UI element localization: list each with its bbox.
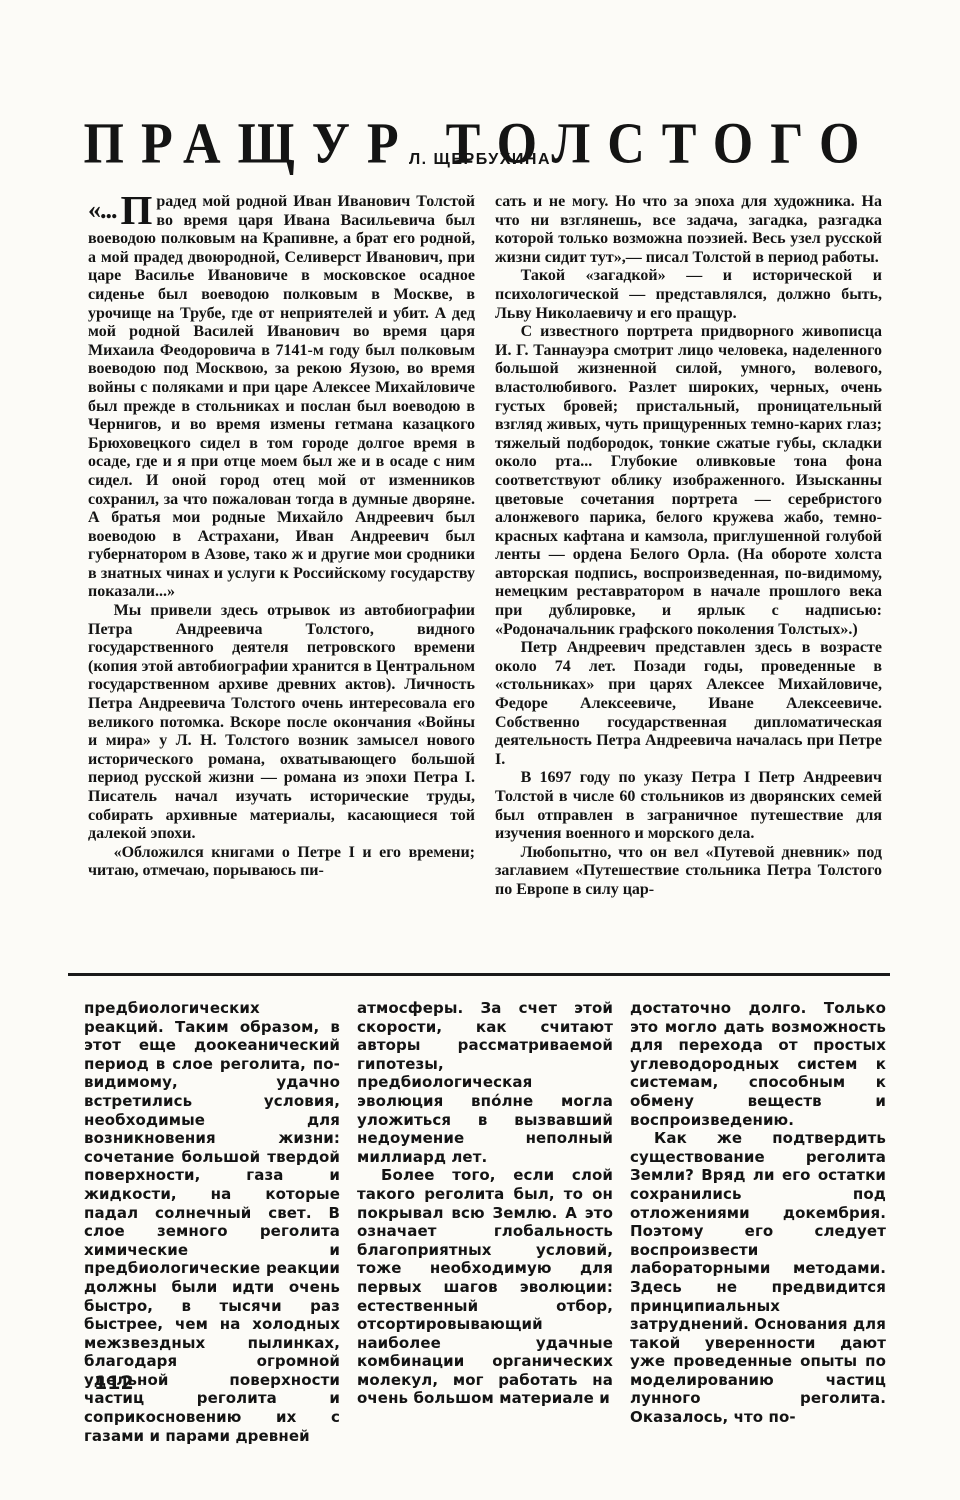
paragraph: Мы привели здесь отрывок из автобиографи… bbox=[88, 602, 475, 844]
bottom-column-3: достаточно долго. Только это могло дать … bbox=[630, 999, 886, 1445]
paragraph: С известного портрета придворного живопи… bbox=[495, 323, 882, 639]
bottom-article-section: предбиологических реакций. Таким образом… bbox=[84, 999, 886, 1445]
page-number: 112 bbox=[94, 1372, 134, 1394]
paragraph: атмосферы. За счет этой скорости, как сч… bbox=[357, 999, 613, 1166]
drop-cap: П bbox=[121, 193, 153, 228]
paragraph: Петр Андреевич представлен здесь в возра… bbox=[495, 639, 882, 769]
article-column-right: сать и не могу. Но что за эпоха для худо… bbox=[495, 193, 882, 900]
section-divider-rule bbox=[68, 973, 890, 976]
opening-quote-mark: «... bbox=[88, 193, 117, 227]
lead-paragraph-text: радед мой родной Иван Иванович Толстой в… bbox=[88, 193, 475, 600]
paragraph: сать и не могу. Но что за эпоха для худо… bbox=[495, 193, 882, 267]
article-column-left: «...Прадед мой родной Иван Иванович Толс… bbox=[88, 193, 475, 900]
top-article-section: «...Прадед мой родной Иван Иванович Толс… bbox=[88, 193, 882, 900]
paragraph: достаточно долго. Только это могло дать … bbox=[630, 999, 886, 1129]
paragraph: В 1697 году по указу Петра I Петр Андрее… bbox=[495, 769, 882, 843]
bottom-column-2: атмосферы. За счет этой скорости, как сч… bbox=[357, 999, 613, 1445]
paragraph: Такой «загадкой» — и исторической и псих… bbox=[495, 267, 882, 323]
author-byline: Л. ЩЕРБУХИНА bbox=[0, 151, 960, 169]
paragraph: Как же подтвердить существование реголит… bbox=[630, 1129, 886, 1427]
paragraph: Любопытно, что он вел «Путевой дневник» … bbox=[495, 844, 882, 900]
paragraph: Более того, если слой такого реголита бы… bbox=[357, 1166, 613, 1408]
paragraph: «Обложился книгами о Петре I и его време… bbox=[88, 844, 475, 881]
lead-paragraph: «...Прадед мой родной Иван Иванович Толс… bbox=[88, 193, 475, 602]
magazine-page: ПРАЩУР ТОЛСТОГО Л. ЩЕРБУХИНА «...Прадед … bbox=[0, 0, 960, 1500]
